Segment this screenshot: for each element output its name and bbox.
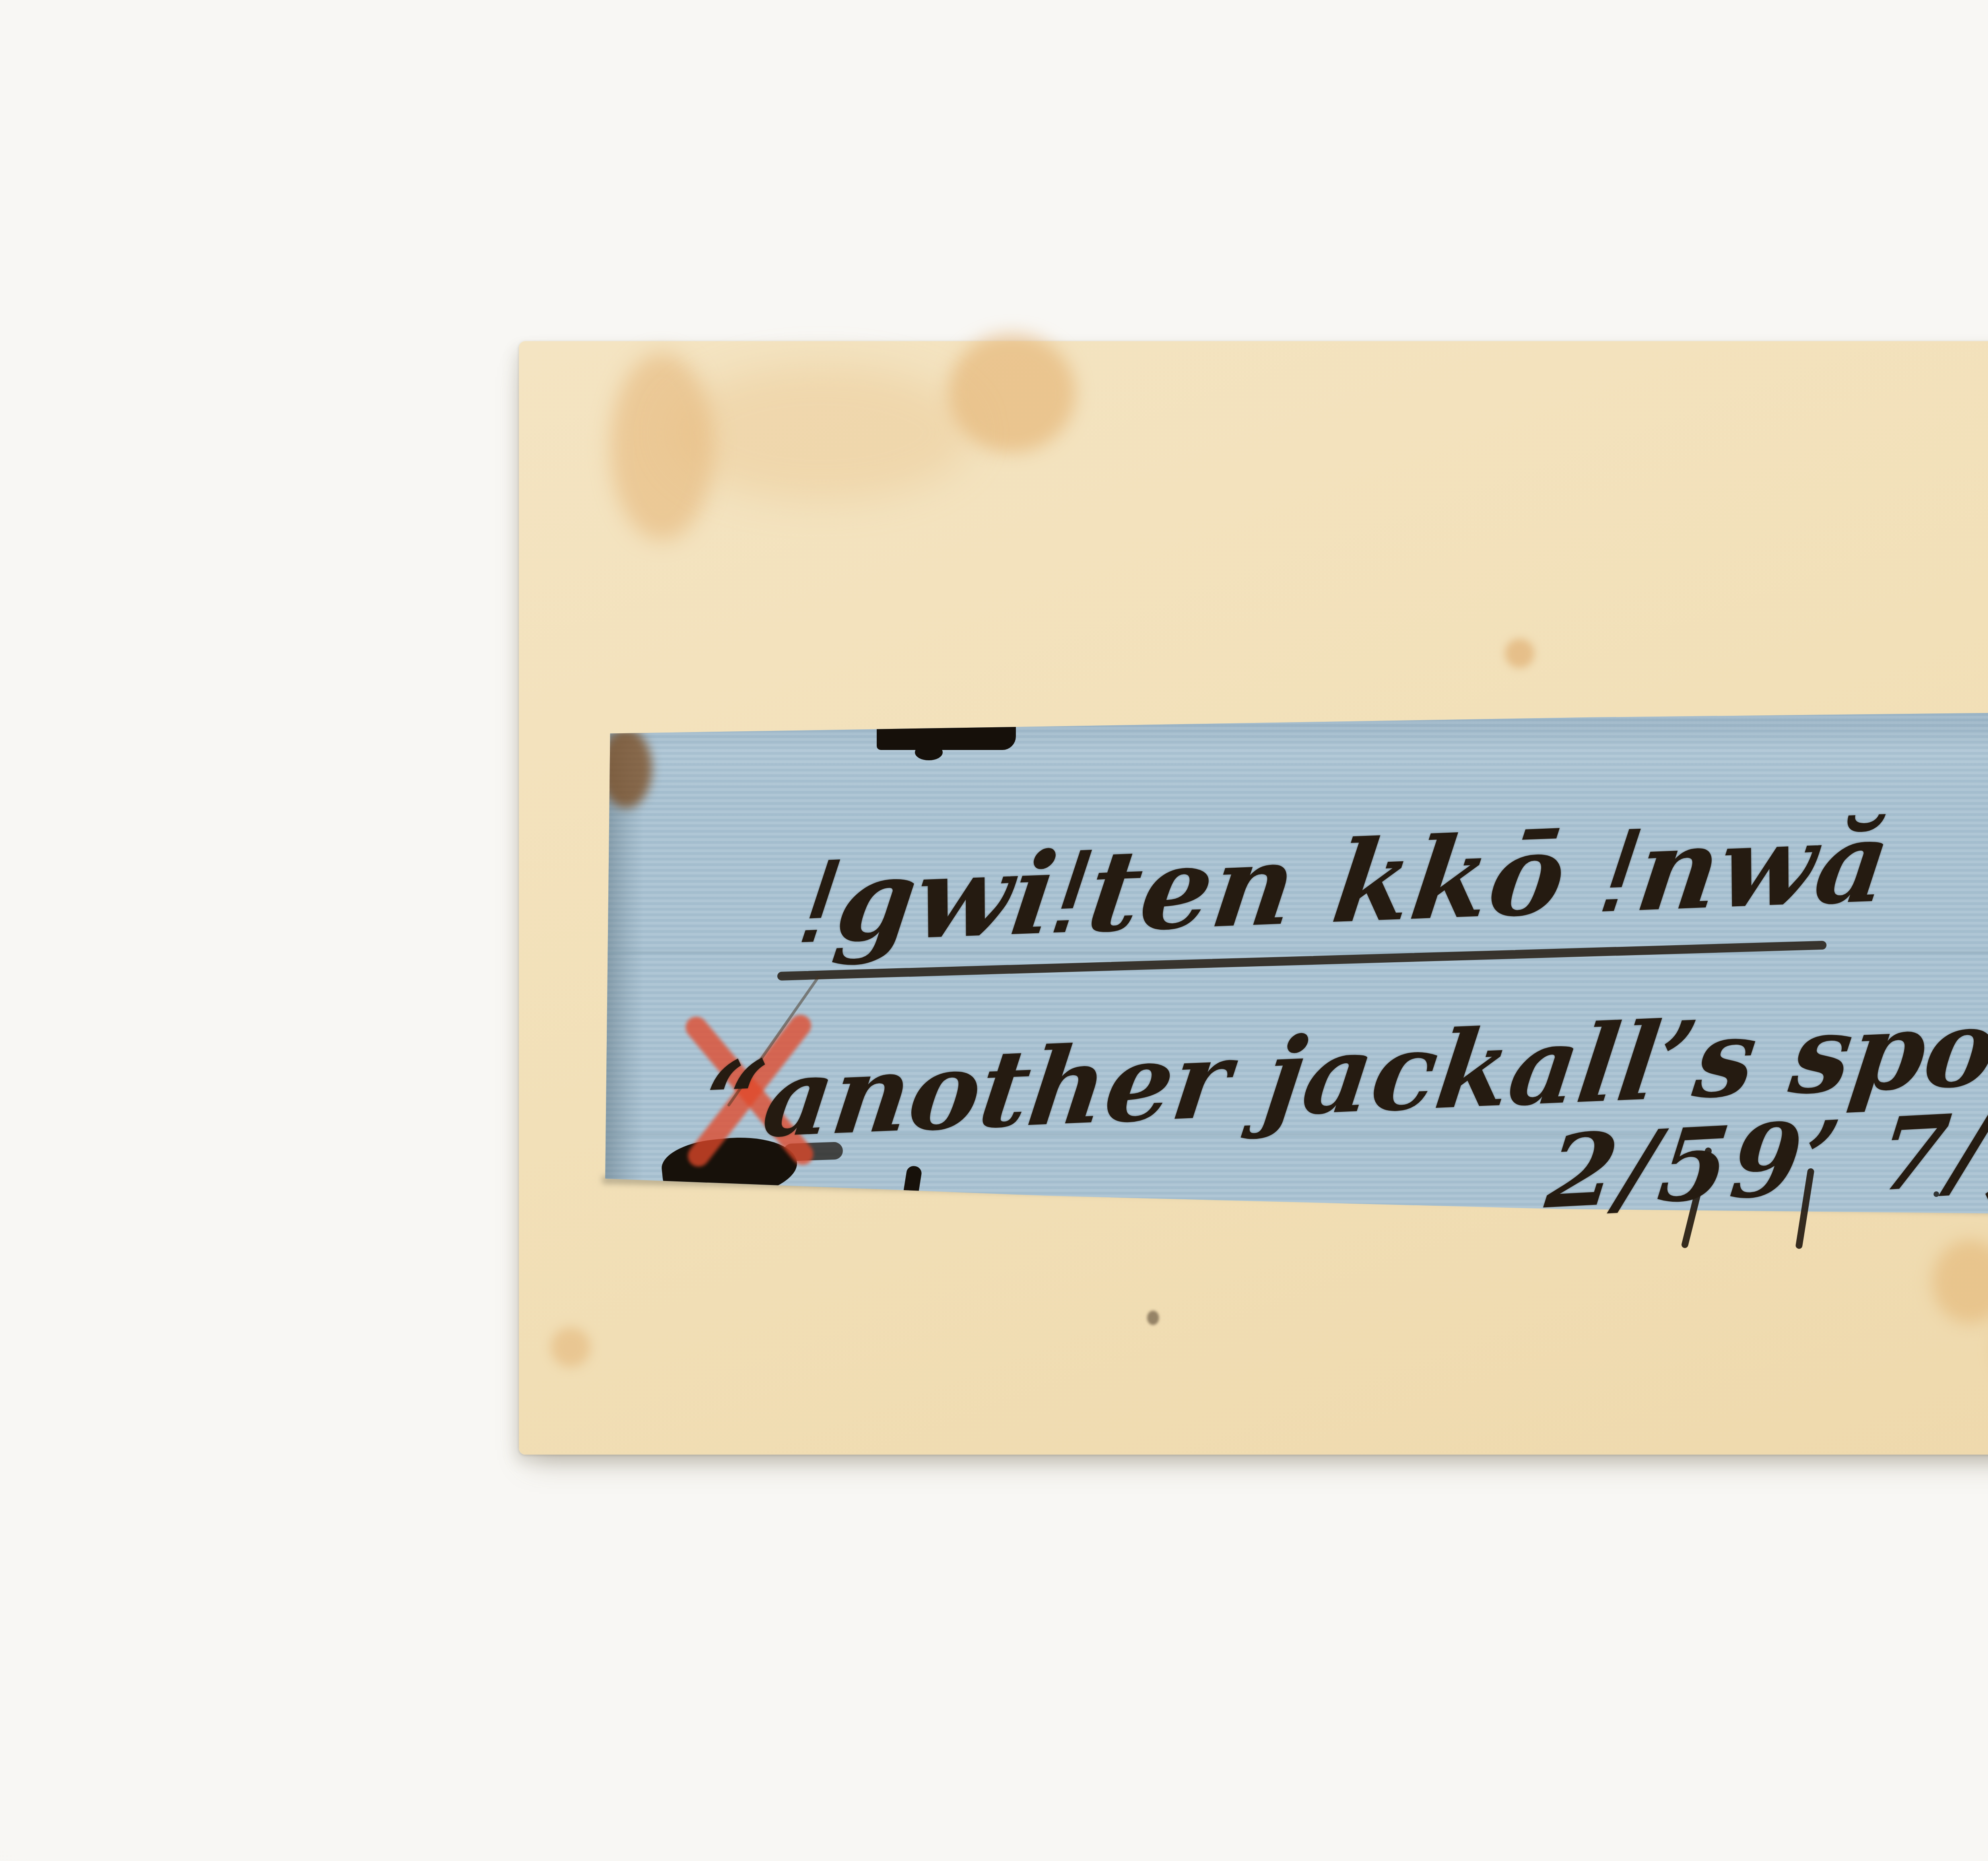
foxing-stain <box>1505 639 1534 668</box>
foxing-stain <box>948 333 1076 453</box>
ink-speck <box>1945 1279 1951 1284</box>
slip-corner-stain <box>600 728 652 808</box>
ink-blot-top-edge <box>877 716 1016 750</box>
foxing-stain <box>670 365 972 500</box>
ink-tick-bottom <box>902 1165 923 1205</box>
foxing-stain <box>610 353 714 540</box>
photo-background: ǃgwiǃten kkō ǃnwă ts “another jackall’s … <box>0 0 1988 1861</box>
foxing-stain <box>1932 1240 1988 1323</box>
foxing-stain <box>551 1327 590 1367</box>
ink-speck <box>1147 1311 1159 1325</box>
note-card: ǃgwiǃten kkō ǃnwă ts “another jackall’s … <box>519 341 1988 1455</box>
